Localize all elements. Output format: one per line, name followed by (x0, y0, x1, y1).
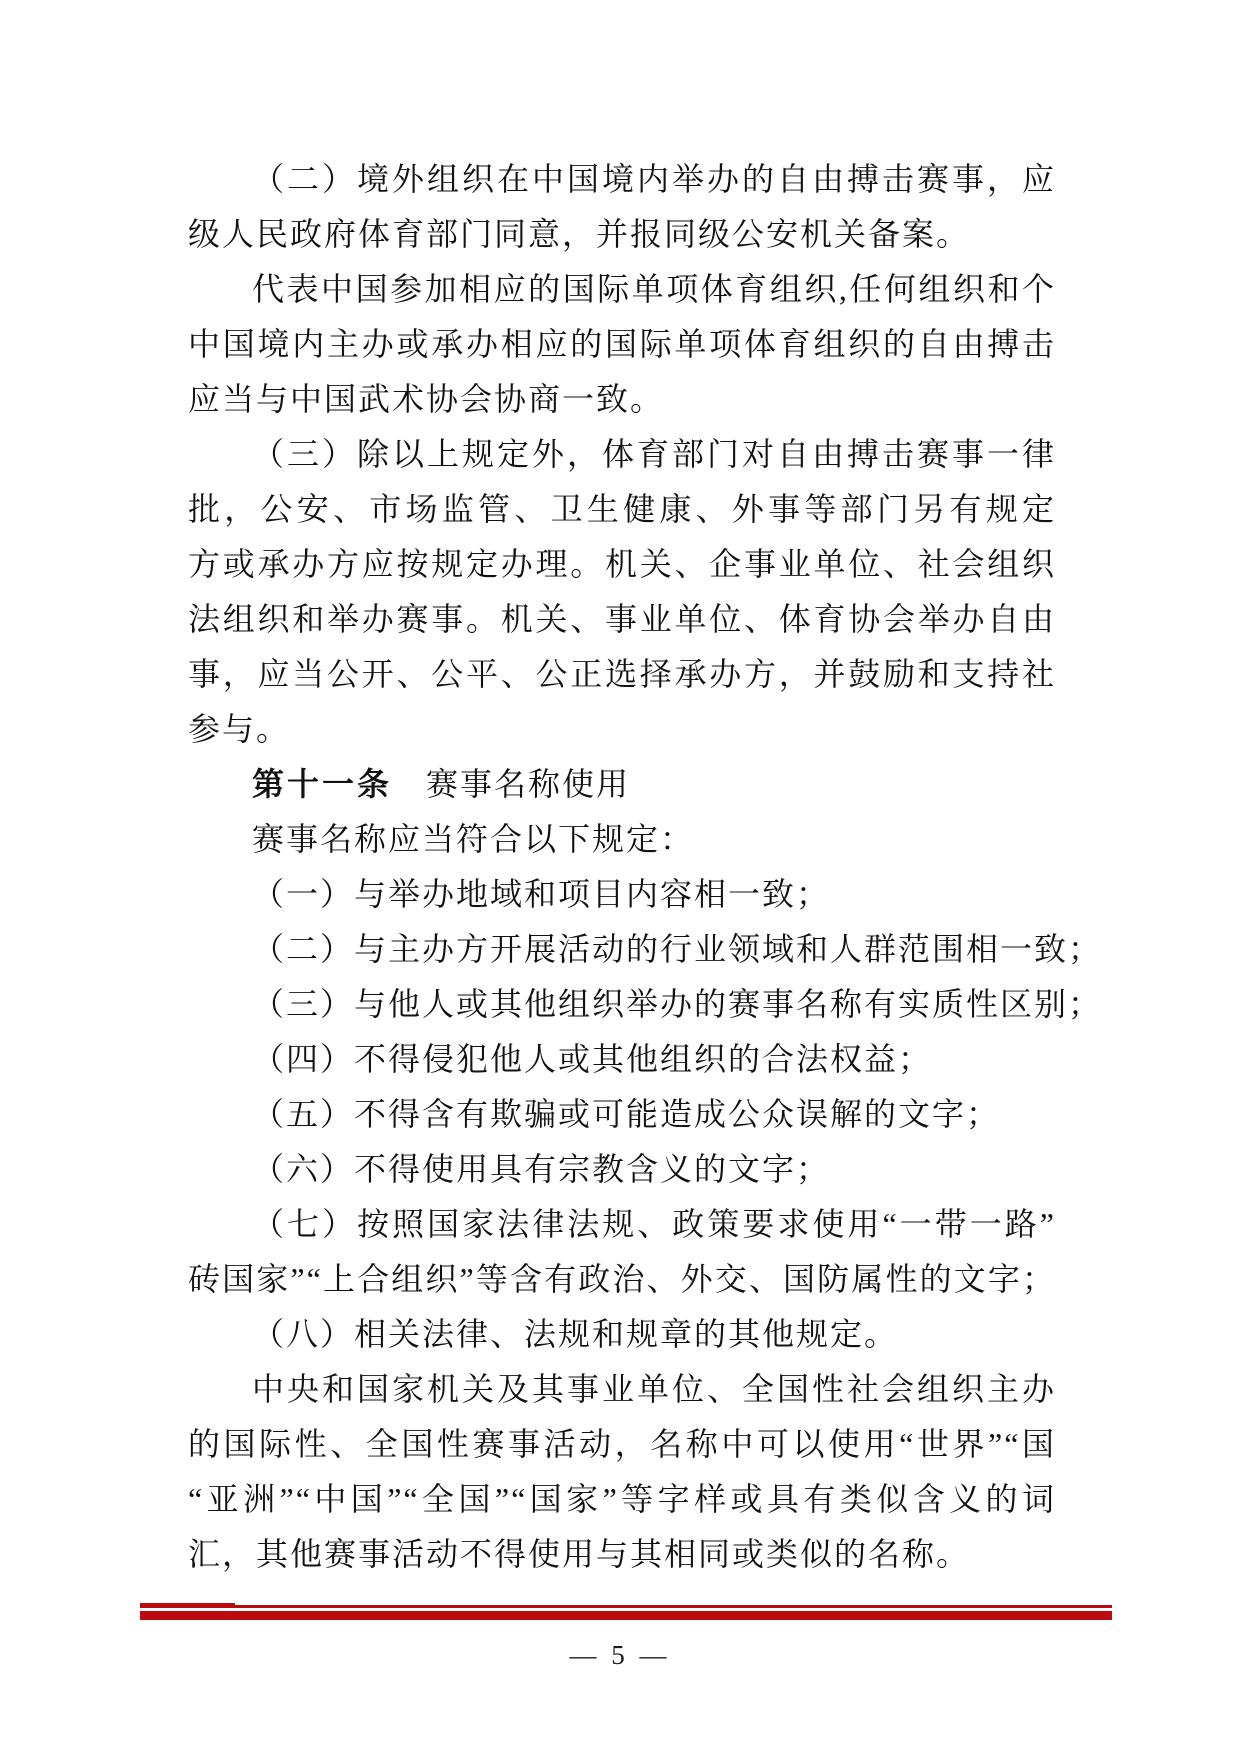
text-line: 应当与中国武术协会协商一致。 (188, 372, 1056, 427)
article-heading: 第十一条赛事名称使用 (188, 757, 1056, 812)
text-line: （七）按照国家法律法规、政策要求使用“一带一路”“金 (188, 1197, 1056, 1252)
text-line: （三）除以上规定外，体育部门对自由搏击赛事一律不做审 (188, 427, 1056, 482)
footer-separator (140, 1605, 1112, 1620)
text-line: （六）不得使用具有宗教含义的文字； (188, 1142, 1056, 1197)
text-line: 代表中国参加相应的国际单项体育组织,任何组织和个人在 (188, 262, 1056, 317)
text-line: （二）境外组织在中国境内举办的自由搏击赛事，应当经省 (188, 152, 1056, 207)
text-line: 级人民政府体育部门同意，并报同级公安机关备案。 (188, 207, 1056, 262)
text-line: 赛事名称应当符合以下规定： (188, 812, 1056, 867)
text-line: 批，公安、市场监管、卫生健康、外事等部门另有规定的，主办 (188, 482, 1056, 537)
text-line: 方或承办方应按规定办理。机关、企事业单位、社会组织均可依 (188, 537, 1056, 592)
text-line: “亚洲”“中国”“全国”“国家”等字样或具有类似含义的词 (188, 1472, 1056, 1527)
text-line: 砖国家”“上合组织”等含有政治、外交、国防属性的文字； (188, 1252, 1056, 1307)
text-line: 中国境内主办或承办相应的国际单项体育组织的自由搏击赛事， (188, 317, 1056, 372)
text-line: （八）相关法律、法规和规章的其他规定。 (188, 1307, 1056, 1362)
text-line: 参与。 (188, 702, 1056, 757)
text-line: 汇，其他赛事活动不得使用与其相同或类似的名称。 (188, 1527, 1056, 1582)
article-number: 第十一条 (252, 766, 392, 802)
document-page: （二）境外组织在中国境内举办的自由搏击赛事，应当经省级人民政府体育部门同意，并报… (0, 0, 1240, 1754)
document-body-text: （二）境外组织在中国境内举办的自由搏击赛事，应当经省级人民政府体育部门同意，并报… (188, 152, 1056, 1582)
text-line: （二）与主办方开展活动的行业领域和人群范围相一致； (188, 922, 1056, 977)
text-line: 的国际性、全国性赛事活动，名称中可以使用“世界”“国际” (188, 1417, 1056, 1472)
text-line: 法组织和举办赛事。机关、事业单位、体育协会举办自由搏击赛 (188, 592, 1056, 647)
text-line: （五）不得含有欺骗或可能造成公众误解的文字； (188, 1087, 1056, 1142)
footer-separator-scan-artifact (140, 1603, 235, 1606)
text-line: （四）不得侵犯他人或其他组织的合法权益； (188, 1032, 1056, 1087)
text-line: （三）与他人或其他组织举办的赛事名称有实质性区别； (188, 977, 1056, 1032)
article-title: 赛事名称使用 (426, 766, 630, 802)
text-line: 中央和国家机关及其事业单位、全国性社会组织主办或承办 (188, 1362, 1056, 1417)
text-line: （一）与举办地域和项目内容相一致； (188, 867, 1056, 922)
text-line: 事，应当公开、公平、公正选择承办方，并鼓励和支持社会广泛 (188, 647, 1056, 702)
page-number: — 5 — (0, 1640, 1240, 1671)
footer-separator-thick-line (140, 1611, 1112, 1620)
